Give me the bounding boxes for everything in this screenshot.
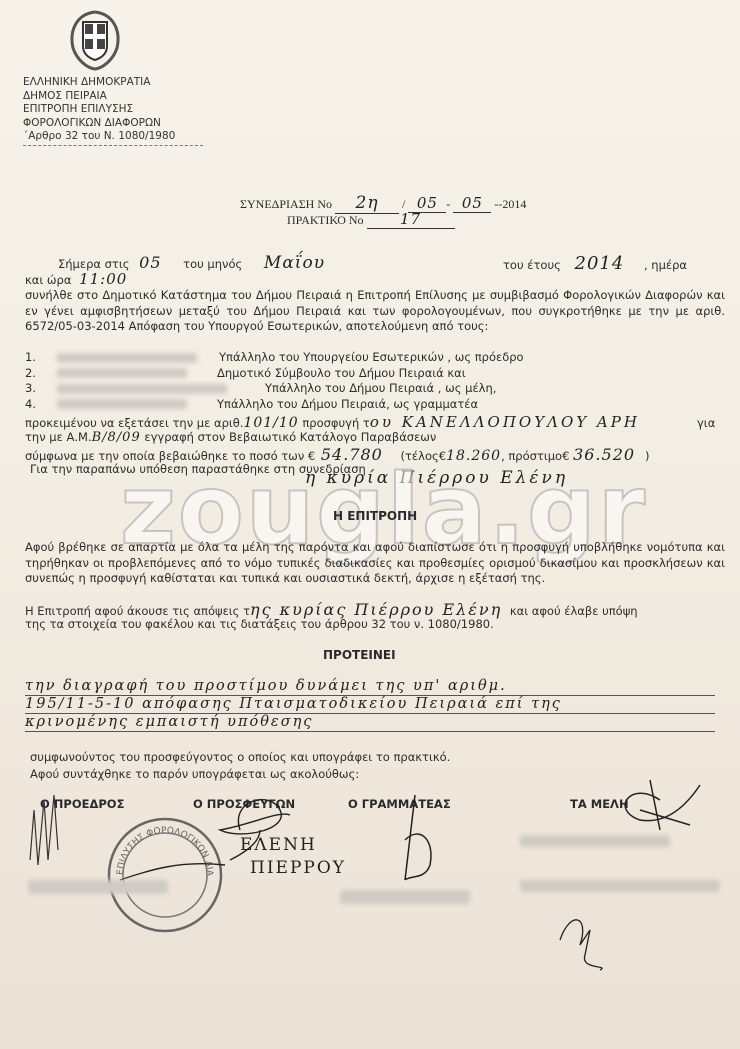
session-label: ΣΥΝΕΔΡΙΑΣΗ Νο: [240, 197, 332, 211]
redacted-member-name: [520, 880, 720, 892]
redacted-name: [57, 368, 187, 378]
redacted-president-name: [28, 880, 168, 894]
header-line: ΄Αρθρο 32 του Ν. 1080/1980: [23, 130, 175, 144]
case-text: την με Α.Μ.: [25, 430, 92, 444]
greek-coat-of-arms-icon: [63, 8, 127, 72]
year-line: του έτους 2014 , ημέρα: [503, 253, 687, 274]
case-text: για: [697, 416, 715, 430]
minutes-label: ΠΡΑΚΤΙΚΟ Νο: [287, 213, 364, 227]
header-line: ΦΟΡΟΛΟΓΙΚΩΝ ΔΙΑΦΟΡΩΝ: [23, 117, 175, 131]
session-year: --2014: [494, 197, 526, 211]
date-day: 05: [139, 253, 161, 272]
members-list: 1.Υπάλληλο του Υπουργείου Εσωτερικών , ω…: [25, 350, 524, 412]
redacted-name: [57, 399, 187, 409]
header-line: ΕΛΛΗΝΙΚΗ ΔΗΜΟΚΡΑΤΙΑ: [23, 76, 175, 90]
time-line: και ώρα 11:00: [25, 270, 127, 288]
redacted-secretary-name: [340, 890, 470, 904]
registry-number: Β/8/09: [92, 430, 141, 445]
header-line: ΕΠΙΤΡΟΠΗ ΕΠΙΛΥΣΗΣ: [23, 103, 175, 117]
member-signature-icon: [560, 920, 602, 970]
session-month: 05: [453, 194, 491, 213]
proposal-line: 195/11-5-10 απόφασης Πταισματοδικείου Πε…: [25, 696, 715, 714]
intro-paragraph: συνήλθε στο Δημοτικό Κατάστημα του Δήμου…: [25, 288, 725, 335]
minutes-number: 17: [367, 210, 455, 229]
member-role: Υπάλληλο του Δήμου Πειραιά, ως γραμματέα: [217, 397, 478, 411]
member-num: 3.: [25, 381, 57, 397]
day-word: , ημέρα: [644, 258, 687, 272]
proposal-text: την διαγραφή του προστίμου δυνάμει της υ…: [25, 678, 715, 732]
proposal-line: κρινομένης εμπαιστή υπόθεσης: [25, 714, 715, 732]
case-line-1: προκειμένου να εξετάσει την με αριθ.101/…: [25, 413, 640, 431]
issuer-header: ΕΛΛΗΝΙΚΗ ΔΗΜΟΚΡΑΤΙΑ ΔΗΜΟΣ ΠΕΙΡΑΙΑ ΕΠΙΤΡΟ…: [23, 76, 175, 144]
member-role: Δημοτικό Σύμβουλο του Δήμου Πειραιά και: [217, 366, 466, 380]
header-line: ΔΗΜΟΣ ΠΕΙΡΑΙΑ: [23, 90, 175, 104]
appellant-signature-lastname: ΠΙΕΡΡΟΥ: [250, 858, 346, 878]
committee-paragraph: Αφού βρέθηκε σε απαρτία με όλα τα μέλη τ…: [25, 540, 725, 587]
member-item: 4.Υπάλληλο του Δήμου Πειραιά, ως γραμματ…: [25, 397, 524, 413]
case-text: προσφυγή τ: [302, 416, 369, 430]
redacted-name: [57, 353, 197, 363]
time-label: και ώρα: [25, 273, 71, 287]
month-label: του μηνός: [183, 257, 242, 271]
appellant-signature-firstname: ΕΛΕΝΗ: [240, 835, 317, 855]
appeal-number: 101/10: [243, 415, 298, 431]
member-signature-icon: [625, 780, 700, 830]
proposal-line: την διαγραφή του προστίμου δυνάμει της υ…: [25, 678, 715, 696]
member-num: 4.: [25, 397, 57, 413]
secretary-signature-icon: [405, 795, 431, 880]
member-role: Υπάλληλο του Υπουργείου Εσωτερικών , ως …: [219, 350, 524, 364]
president-signature-icon: [30, 795, 58, 865]
case-text: προκειμένου να εξετάσει την με αριθ.: [25, 416, 243, 430]
member-num: 1.: [25, 350, 57, 366]
member-item: 2.Δημοτικό Σύμβουλο του Δήμου Πειραιά κα…: [25, 366, 524, 382]
redacted-name: [57, 384, 227, 394]
meeting-time: 11:00: [79, 270, 127, 288]
closing-line: συμφωνούντος του προσφεύγοντος ο οποίος …: [30, 750, 450, 764]
date-month: Μαΐου: [264, 253, 325, 273]
member-item: 3.Υπάλληλο του Δήμου Πειραιά , ως μέλη,: [25, 381, 524, 397]
committee-text: Η Επιτροπή αφού άκουσε τις απόψεις τ: [25, 604, 250, 618]
header-divider: [23, 145, 203, 146]
member-num: 2.: [25, 366, 57, 382]
appellant-name: ου ΚΑΝΕΛΛΟΠΟΥΛΟΥ ΑΡΗ: [370, 413, 640, 431]
proposal-heading: ΠΡΟΤΕΙΝΕΙ: [323, 648, 396, 662]
year-label: του έτους: [503, 258, 561, 272]
minutes-line: ΠΡΑΚΤΙΚΟ Νο 17: [287, 210, 455, 229]
case-line-2: την με Α.Μ.Β/8/09 εγγραφή στον Βεβαιωτικ…: [25, 430, 436, 445]
committee-text: και αφού έλαβε υπόψη: [510, 604, 638, 618]
redacted-member-name: [520, 835, 670, 847]
member-item: 1.Υπάλληλο του Υπουργείου Εσωτερικών , ω…: [25, 350, 524, 366]
date-year: 2014: [575, 253, 625, 274]
case-text: εγγραφή στον Βεβαιωτικό Κατάλογο Παραβάσ…: [144, 430, 436, 444]
committee-text: της τα στοιχεία του φακέλου και τις διατ…: [25, 617, 494, 631]
committee-heading: Η ΕΠΙΤΡΟΠΗ: [333, 509, 417, 523]
today-label: Σήμερα στις: [58, 257, 129, 271]
member-role: Υπάλληλο του Δήμου Πειραιά , ως μέλη,: [265, 381, 496, 395]
